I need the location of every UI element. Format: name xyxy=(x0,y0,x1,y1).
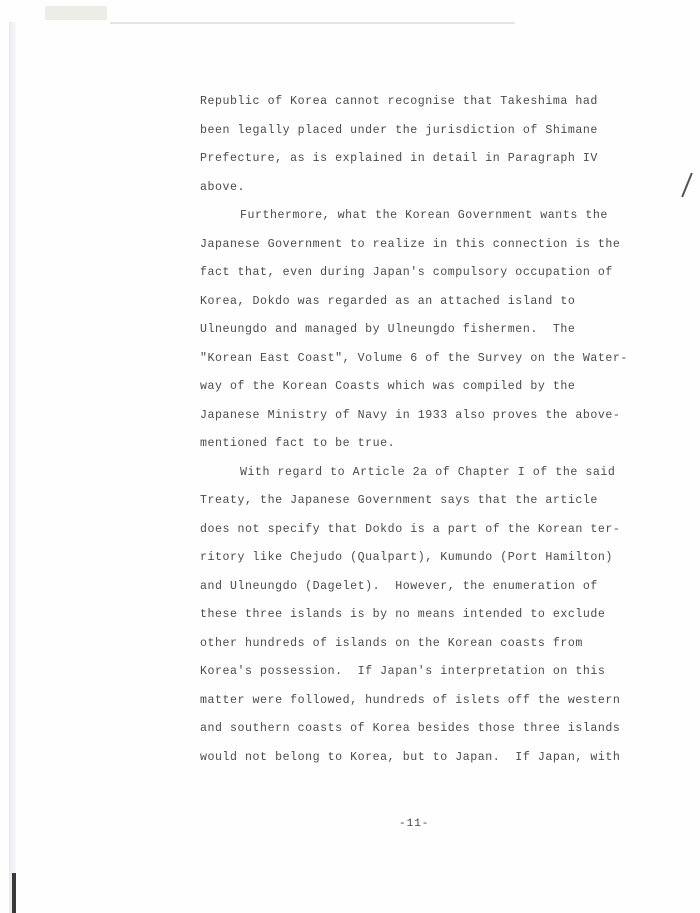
text-line: With regard to Article 2a of Chapter I o… xyxy=(200,466,615,480)
margin-pen-mark xyxy=(681,173,693,198)
scan-left-edge xyxy=(9,22,16,913)
text-line: Japanese Ministry of Navy in 1933 also p… xyxy=(200,409,620,423)
text-line: matter were followed, hundreds of islets… xyxy=(200,694,620,708)
text-line: other hundreds of islands on the Korean … xyxy=(200,637,583,651)
text-line: above. xyxy=(200,181,245,195)
text-line: Republic of Korea cannot recognise that … xyxy=(200,95,598,109)
text-line: Korea's possession. If Japan's interpret… xyxy=(200,665,605,679)
text-line: fact that, even during Japan's compulsor… xyxy=(200,266,613,280)
text-line: does not specify that Dokdo is a part of… xyxy=(200,523,620,537)
text-line: Prefecture, as is explained in detail in… xyxy=(200,152,598,166)
text-line: "Korean East Coast", Volume 6 of the Sur… xyxy=(200,352,628,366)
text-line: Korea, Dokdo was regarded as an attached… xyxy=(200,295,575,309)
text-line: these three islands is by no means inten… xyxy=(200,608,605,622)
text-line: ritory like Chejudo (Qualpart), Kumundo … xyxy=(200,551,613,565)
text-line: been legally placed under the jurisdicti… xyxy=(200,124,598,138)
text-line: way of the Korean Coasts which was compi… xyxy=(200,380,575,394)
text-line: Treaty, the Japanese Government says tha… xyxy=(200,494,598,508)
text-line: Japanese Government to realize in this c… xyxy=(200,238,620,252)
page-number: -11- xyxy=(399,818,429,830)
text-line: mentioned fact to be true. xyxy=(200,437,395,451)
text-line: Ulneungdo and managed by Ulneungdo fishe… xyxy=(200,323,575,337)
text-line: and southern coasts of Korea besides tho… xyxy=(200,722,620,736)
text-line: Furthermore, what the Korean Government … xyxy=(200,209,608,223)
text-line: and Ulneungdo (Dagelet). However, the en… xyxy=(200,580,598,594)
scan-top-edge xyxy=(110,22,515,24)
scan-binding-mark xyxy=(12,873,16,913)
scan-smudge xyxy=(45,6,107,20)
document-page: Republic of Korea cannot recognise that … xyxy=(0,0,700,913)
text-line: would not belong to Korea, but to Japan.… xyxy=(200,751,620,765)
